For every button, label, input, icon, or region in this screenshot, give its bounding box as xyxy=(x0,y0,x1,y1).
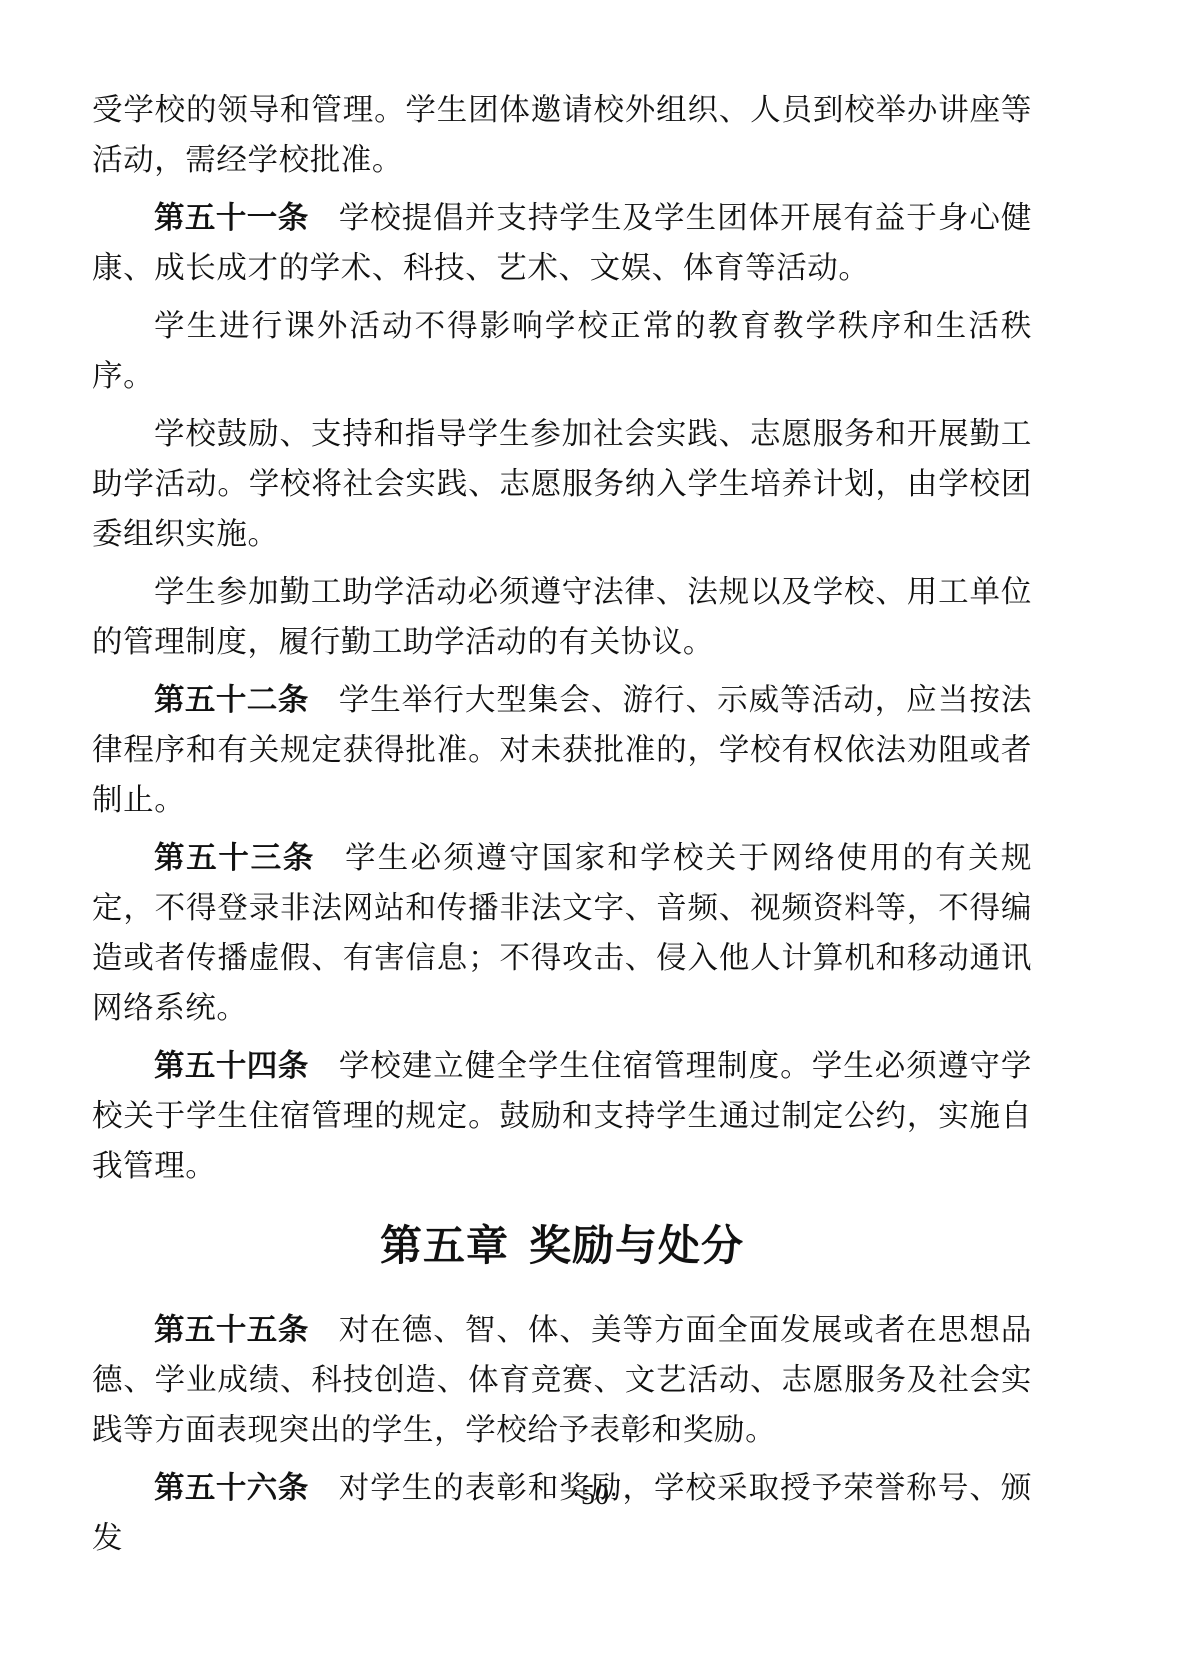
document-page: 受学校的领导和管理。学生团体邀请校外组织、人员到校举办讲座等活动，需经学校批准。… xyxy=(92,86,1032,1572)
paragraph-work-study: 学生参加勤工助学活动必须遵守法律、法规以及学校、用工单位的管理制度，履行勤工助学… xyxy=(92,568,1032,668)
article-number: 第五十五条 xyxy=(154,1313,309,1348)
paragraph-text: 学生进行课外活动不得影响学校正常的教育教学秩序和生活秩序。 xyxy=(92,309,1032,394)
article-55: 第五十五条对在德、智、体、美等方面全面发展或者在思想品德、学业成绩、科技创造、体… xyxy=(92,1306,1032,1456)
paragraph-continuation: 受学校的领导和管理。学生团体邀请校外组织、人员到校举办讲座等活动，需经学校批准。 xyxy=(92,86,1032,186)
article-53: 第五十三条学生必须遵守国家和学校关于网络使用的有关规定，不得登录非法网站和传播非… xyxy=(92,834,1032,1034)
paragraph-text: 学校鼓励、支持和指导学生参加社会实践、志愿服务和开展勤工助学活动。学校将社会实践… xyxy=(92,417,1032,552)
page-number: ·50· xyxy=(0,1480,1190,1512)
article-56: 第五十六条对学生的表彰和奖励，学校采取授予荣誉称号、颁发 xyxy=(92,1464,1032,1564)
article-54: 第五十四条学校建立健全学生住宿管理制度。学生必须遵守学校关于学生住宿管理的规定。… xyxy=(92,1042,1032,1192)
paragraph-social-practice: 学校鼓励、支持和指导学生参加社会实践、志愿服务和开展勤工助学活动。学校将社会实践… xyxy=(92,410,1032,560)
article-52: 第五十二条学生举行大型集会、游行、示威等活动，应当按法律程序和有关规定获得批准。… xyxy=(92,676,1032,826)
article-51: 第五十一条学校提倡并支持学生及学生团体开展有益于身心健康、成长成才的学术、科技、… xyxy=(92,194,1032,294)
chapter-heading: 第五章奖励与处分 xyxy=(92,1216,1032,1276)
article-number: 第五十四条 xyxy=(154,1049,309,1084)
chapter-title: 奖励与处分 xyxy=(529,1221,744,1270)
paragraph-text: 受学校的领导和管理。学生团体邀请校外组织、人员到校举办讲座等活动，需经学校批准。 xyxy=(92,93,1032,178)
paragraph-text: 学生参加勤工助学活动必须遵守法律、法规以及学校、用工单位的管理制度，履行勤工助学… xyxy=(92,575,1032,660)
chapter-number: 第五章 xyxy=(380,1221,509,1270)
article-number: 第五十二条 xyxy=(154,683,309,718)
article-number: 第五十三条 xyxy=(154,841,315,876)
paragraph-extracurricular: 学生进行课外活动不得影响学校正常的教育教学秩序和生活秩序。 xyxy=(92,302,1032,402)
article-number: 第五十一条 xyxy=(154,201,309,236)
